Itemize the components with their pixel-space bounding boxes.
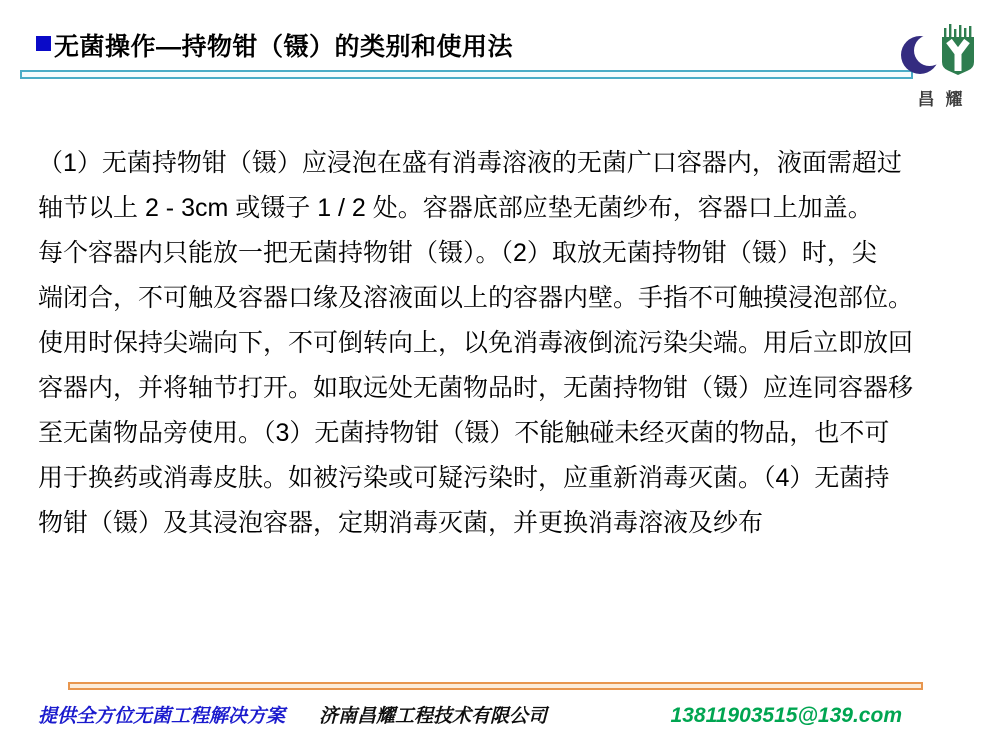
body-line-7: 至无菌物品旁使用。（3）无菌持物钳（镊）不能触碰未经灭菌的物品，也不可 (38, 411, 968, 456)
page-title: 无菌操作—持物钳（镊）的类别和使用法 (54, 27, 513, 63)
body-line-6: 容器内，并将轴节打开。如取远处无菌物品时，无菌持物钳（镊）应连同容器移 (38, 366, 968, 411)
title-row: 无菌操作—持物钳（镊）的类别和使用法 (36, 27, 513, 63)
body-line-3: 每个容器内只能放一把无菌持物钳（镊）。（2）取放无菌持物钳（镊）时，尖 (38, 231, 968, 276)
body-paragraph: （1）无菌持物钳（镊）应浸泡在盛有消毒溶液的无菌广口容器内，液面需超过 轴节以上… (38, 141, 968, 546)
footer-company-name: 济南昌耀工程技术有限公司 (319, 701, 547, 728)
cy-monogram-icon (900, 22, 980, 78)
footer-email: 13811903515@139.com (671, 704, 902, 728)
body-line-1: （1）无菌持物钳（镊）应浸泡在盛有消毒溶液的无菌广口容器内，液面需超过 (38, 141, 968, 186)
body-line-4: 端闭合，不可触及容器口缘及溶液面以上的容器内壁。手指不可触摸浸泡部位。 (38, 276, 968, 321)
company-logo: 昌耀 (898, 22, 982, 110)
footer-row: 提供全方位无菌工程解决方案 济南昌耀工程技术有限公司 13811903515@1… (38, 701, 962, 728)
logo-wordmark: 昌耀 (898, 85, 993, 110)
body-line-8: 用于换药或消毒皮肤。如被污染或可疑污染时，应重新消毒灭菌。（4）无菌持 (38, 456, 968, 501)
body-line-9: 物钳（镊）及其浸泡容器，定期消毒灭菌，并更换消毒溶液及纱布 (38, 501, 968, 546)
footer-divider (68, 682, 923, 690)
body-line-5: 使用时保持尖端向下，不可倒转向上，以免消毒液倒流污染尖端。用后立即放回 (38, 321, 968, 366)
presentation-slide: 无菌操作—持物钳（镊）的类别和使用法 昌耀 （1）无菌持物钳（镊）应浸泡在盛有消… (0, 0, 1000, 750)
footer-slogan: 提供全方位无菌工程解决方案 (38, 701, 285, 728)
title-divider (20, 70, 913, 79)
square-bullet-icon (36, 36, 51, 51)
body-line-2: 轴节以上 2 - 3cm 或镊子 1 / 2 处。容器底部应垫无菌纱布，容器口上… (38, 186, 968, 231)
